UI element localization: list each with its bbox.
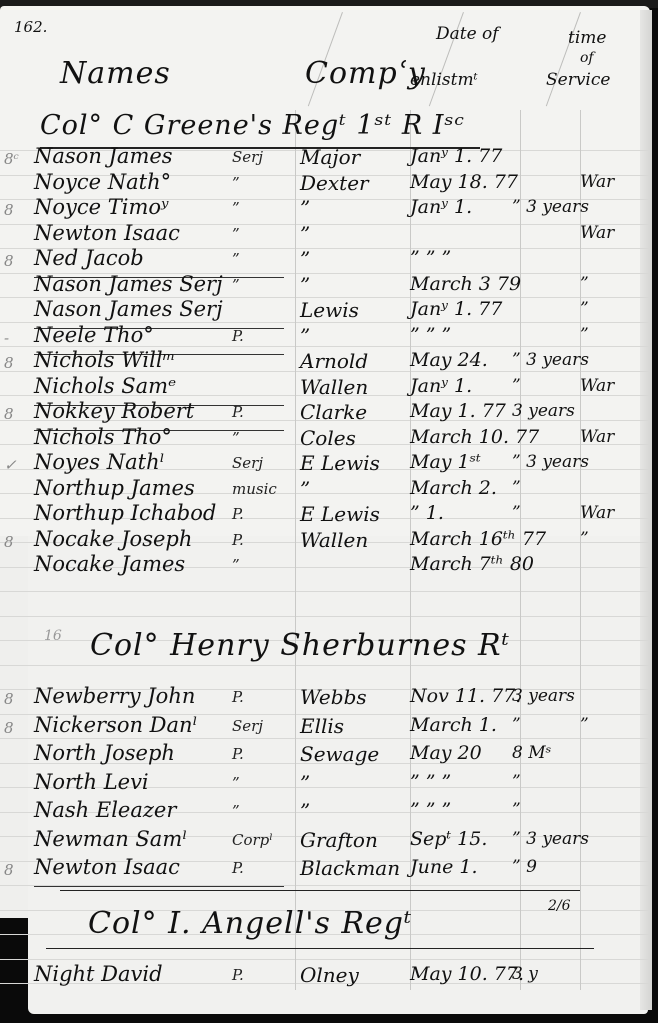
soldier-rank: P. xyxy=(232,403,244,421)
service-term-war: War xyxy=(580,223,614,243)
enlistment-date: May 24. xyxy=(410,349,488,371)
header-time-line2: of xyxy=(580,50,594,66)
company-name: Blackman xyxy=(300,856,400,880)
enlistment-date: Janʸ 1. 77 xyxy=(410,145,502,167)
enlistment-date: Janʸ 1. xyxy=(410,375,472,397)
regiment-heading-angell: Col° I. Angell's Regᵗ xyxy=(88,906,412,941)
soldier-name: Nason James xyxy=(34,144,173,168)
enlistment-date: March 7ᵗʰ 80 xyxy=(410,553,534,575)
company-name: Ellis xyxy=(300,714,344,738)
soldier-rank: ” xyxy=(232,250,240,268)
soldier-rank: Serj xyxy=(232,148,263,166)
margin-note: 16 xyxy=(44,628,62,644)
margin-mark: 8 xyxy=(4,405,14,423)
company-name: Major xyxy=(300,145,360,169)
company-name: ” xyxy=(300,273,310,297)
soldier-rank: ” xyxy=(232,199,240,217)
company-name: ” xyxy=(300,196,310,220)
service-term-war: War xyxy=(580,172,614,192)
soldier-name: Ned Jacob xyxy=(34,246,144,270)
company-name: ” xyxy=(300,771,310,795)
row-underline xyxy=(34,886,284,887)
ledger-row: North Levi””” ” ”” xyxy=(0,774,650,800)
soldier-name: Nickerson Danˡ xyxy=(34,713,198,737)
soldier-name: Nichols Tho° xyxy=(34,425,172,449)
service-term: ” 3 years xyxy=(512,350,589,370)
soldier-name: Neele Tho° xyxy=(34,323,154,347)
service-term-war: ” xyxy=(580,529,589,549)
soldier-rank: Corpˡ xyxy=(232,831,273,849)
header-time-line3: Service xyxy=(546,70,610,90)
company-name: E Lewis xyxy=(300,502,380,526)
soldier-name: Nichols Willᵐ xyxy=(34,348,175,372)
enlistment-date: Janʸ 1. xyxy=(410,196,472,218)
service-term: ” xyxy=(512,503,521,523)
enlistment-date: ” ” ” xyxy=(410,247,451,269)
ledger-row: 8Newton IsaacP.BlackmanJune 1.” 9 xyxy=(0,859,650,885)
margin-mark: 8 xyxy=(4,201,14,219)
enlistment-date: May 20 xyxy=(410,742,482,764)
regiment-heading-sherburne: Col° Henry Sherburnes Rᵗ xyxy=(90,628,510,663)
soldier-rank: P. xyxy=(232,505,244,523)
soldier-name: Newton Isaac xyxy=(34,221,180,245)
enlistment-date: Sepᵗ 15. xyxy=(410,828,487,850)
soldier-rank: P. xyxy=(232,327,244,345)
company-name: Wallen xyxy=(300,375,368,399)
ledger-row: Nash Eleazer””” ” ”” xyxy=(0,802,650,828)
soldier-rank: ” xyxy=(232,174,240,192)
company-name: ” xyxy=(300,799,310,823)
soldier-name: Nason James Serj xyxy=(34,272,223,296)
company-name: E Lewis xyxy=(300,451,380,475)
soldier-rank: P. xyxy=(232,859,244,877)
soldier-rank: ” xyxy=(232,556,240,574)
service-term: ” xyxy=(512,376,521,396)
service-term-war: ” xyxy=(580,325,589,345)
header-names: Names xyxy=(60,56,171,91)
ledger-row: Night DavidP.OlneyMay 10. 77.3 y xyxy=(0,966,650,992)
company-name: Olney xyxy=(300,963,359,987)
ledger-row: 8Newberry JohnP.WebbsNov 11. 77.3 years xyxy=(0,688,650,714)
enlistment-date: March 2. xyxy=(410,477,497,499)
soldier-name: Noyce Nath° xyxy=(34,170,171,194)
header-time-line1: time xyxy=(568,28,606,48)
soldier-name: Nocake James xyxy=(34,552,185,576)
service-term: ” xyxy=(512,800,521,820)
company-name: Dexter xyxy=(300,171,369,195)
service-term-war: War xyxy=(580,427,614,447)
header-date-line1: Date of xyxy=(436,24,499,44)
ruled-line xyxy=(0,591,650,592)
company-name: ” xyxy=(300,477,310,501)
soldier-rank: ” xyxy=(232,774,240,792)
regiment-underline xyxy=(46,948,594,949)
soldier-rank: ” xyxy=(232,802,240,820)
enlistment-date: Janʸ 1. 77 xyxy=(410,298,502,320)
soldier-rank: P. xyxy=(232,531,244,549)
company-name: Sewage xyxy=(300,742,379,766)
enlistment-date: May 1. 77 xyxy=(410,400,506,422)
service-term-war: ” xyxy=(580,715,589,735)
company-name: Wallen xyxy=(300,528,368,552)
enlistment-date: March 16ᵗʰ 77 xyxy=(410,528,546,550)
soldier-rank: ” xyxy=(232,429,240,447)
service-term: ” 3 years xyxy=(512,452,589,472)
company-name: ” xyxy=(300,247,310,271)
service-term: ” xyxy=(512,478,521,498)
margin-mark: 8ᶜ xyxy=(4,150,19,168)
enlistment-date: March 3 79 xyxy=(410,273,521,295)
service-term: ” xyxy=(512,715,521,735)
soldier-name: North Levi xyxy=(34,770,149,794)
service-term: 3 years xyxy=(512,686,575,706)
company-name: Coles xyxy=(300,426,356,450)
soldier-name: Nokkey Robert xyxy=(34,399,194,423)
margin-mark: ✓ xyxy=(4,456,17,474)
soldier-rank: Serj xyxy=(232,454,263,472)
service-term: 3 years xyxy=(512,401,575,421)
margin-note: 2/6 xyxy=(548,898,571,914)
soldier-name: Noyce Timoʸ xyxy=(34,195,169,219)
soldier-name: Nash Eleazer xyxy=(34,798,176,822)
company-name: Lewis xyxy=(300,298,359,322)
margin-mark: 8 xyxy=(4,690,14,708)
header-company: Compʿy xyxy=(305,56,426,91)
soldier-rank: ” xyxy=(232,225,240,243)
margin-mark: 8 xyxy=(4,861,14,879)
soldier-name: Newman Samˡ xyxy=(34,827,187,851)
enlistment-date: March 1. xyxy=(410,714,497,736)
company-name: Webbs xyxy=(300,685,367,709)
soldier-rank: Serj xyxy=(232,717,263,735)
soldier-name: Northup James xyxy=(34,476,195,500)
service-term: 3 y xyxy=(512,964,538,984)
company-name: ” xyxy=(300,222,310,246)
service-term-war: War xyxy=(580,503,614,523)
enlistment-date: ” ” ” xyxy=(410,799,451,821)
header-date-line2: enlistmᵗ xyxy=(410,70,478,90)
service-term-war: ” xyxy=(580,299,589,319)
soldier-rank: ” xyxy=(232,276,240,294)
soldier-rank: P. xyxy=(232,966,244,984)
soldier-rank: P. xyxy=(232,688,244,706)
service-term-war: War xyxy=(580,376,614,396)
ledger-row: North JosephP.SewageMay 208 Mˢ xyxy=(0,745,650,771)
enlistment-date: May 18. 77 xyxy=(410,171,518,193)
soldier-name: Nason James Serj xyxy=(34,297,223,321)
enlistment-date: ” ” ” xyxy=(410,771,451,793)
enlistment-date: May 10. 77. xyxy=(410,963,524,985)
soldier-name: Northup Ichabod xyxy=(34,501,216,525)
enlistment-date: June 1. xyxy=(410,856,478,878)
margin-mark: 8 xyxy=(4,533,14,551)
company-name: ” xyxy=(300,324,310,348)
ruled-line xyxy=(0,665,650,666)
service-term: ” 3 years xyxy=(512,197,589,217)
soldier-name: Nichols Samᵉ xyxy=(34,374,176,398)
company-name: Clarke xyxy=(300,400,367,424)
service-term: ” 3 years xyxy=(512,829,589,849)
soldier-name: Noyes Nathˡ xyxy=(34,450,165,474)
margin-mark: 8 xyxy=(4,354,14,372)
soldier-name: North Joseph xyxy=(34,741,175,765)
enlistment-date: ” ” ” xyxy=(410,324,451,346)
section-underline xyxy=(60,890,580,891)
service-term-war: ” xyxy=(580,274,589,294)
soldier-rank: P. xyxy=(232,745,244,763)
ledger-row: 8Nickerson DanˡSerjEllisMarch 1.”” xyxy=(0,717,650,743)
margin-mark: - xyxy=(4,329,9,347)
ledger-row: Newman SamˡCorpˡGraftonSepᵗ 15.” 3 years xyxy=(0,831,650,857)
ruled-line xyxy=(0,959,650,960)
enlistment-date: March 10. 77 xyxy=(410,426,539,448)
margin-mark: 8 xyxy=(4,252,14,270)
enlistment-date: ” 1. xyxy=(410,502,444,524)
company-name: Arnold xyxy=(300,349,368,373)
soldier-name: Nocake Joseph xyxy=(34,527,192,551)
ruled-line xyxy=(0,616,650,617)
service-term: 8 Mˢ xyxy=(512,743,551,763)
regiment-heading-greene: Col° C Greene's Regᵗ 1ˢᵗ R Iˢᶜ xyxy=(40,110,465,141)
soldier-rank: music xyxy=(232,480,277,498)
soldier-name: Newton Isaac xyxy=(34,855,180,879)
company-name: Grafton xyxy=(300,828,378,852)
enlistment-date: May 1ˢᵗ xyxy=(410,451,481,473)
service-term: ” xyxy=(512,772,521,792)
service-term: ” 9 xyxy=(512,857,537,877)
ledger-row: Nocake James”March 7ᵗʰ 80 xyxy=(0,556,650,582)
page-number: 162. xyxy=(14,18,47,36)
soldier-name: Newberry John xyxy=(34,684,195,708)
enlistment-date: Nov 11. 77. xyxy=(410,685,521,707)
soldier-name: Night David xyxy=(34,962,163,986)
margin-mark: 8 xyxy=(4,719,14,737)
